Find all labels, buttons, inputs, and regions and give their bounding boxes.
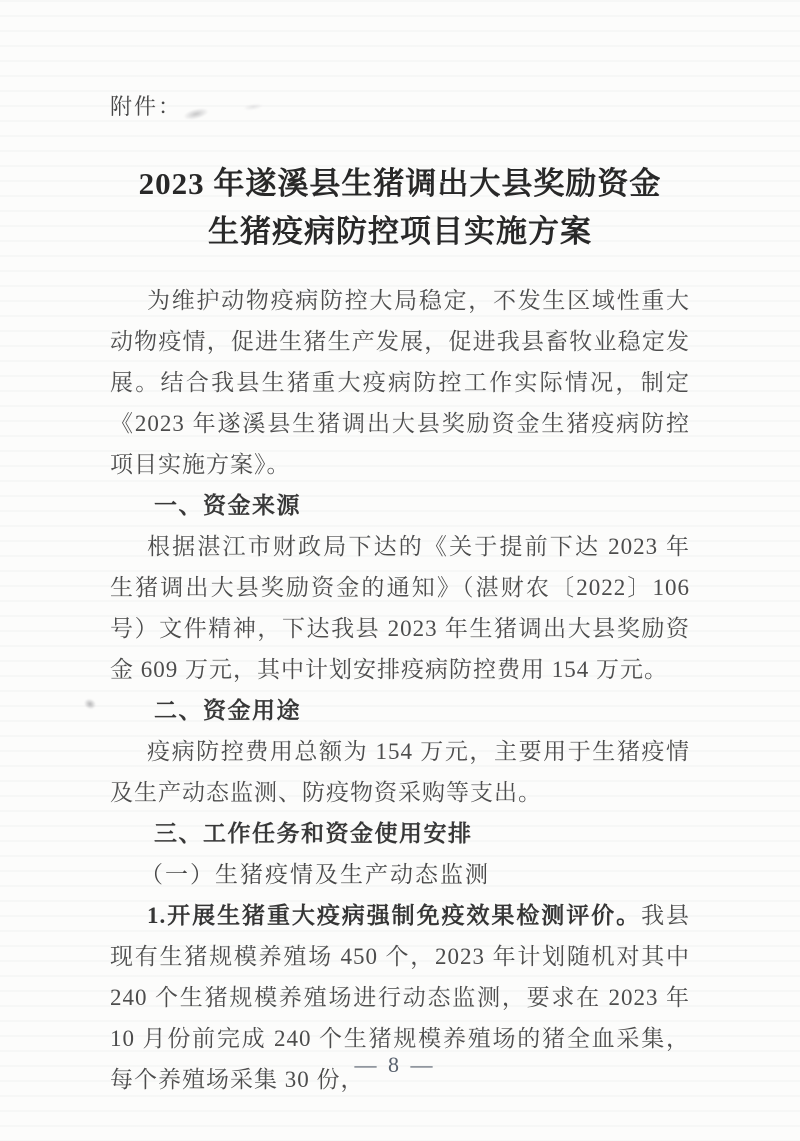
section-2-heading: 二、资金用途 bbox=[110, 690, 690, 731]
task-1-lead: 1.开展生猪重大疫病强制免疫效果检测评价。 bbox=[147, 903, 641, 928]
section-1-heading: 一、资金来源 bbox=[110, 485, 690, 526]
title-line-1: 2023 年遂溪县生猪调出大县奖励资金 bbox=[110, 160, 690, 208]
attachment-label: 附件： bbox=[110, 94, 690, 120]
section-1-paragraph: 根据湛江市财政局下达的《关于提前下达 2023 年生猪调出大县奖励资金的通知》（… bbox=[110, 526, 690, 690]
section-3-subheading: （一）生猪疫情及生产动态监测 bbox=[110, 854, 690, 895]
page-number: — 8 — bbox=[0, 1052, 790, 1078]
document-title: 2023 年遂溪县生猪调出大县奖励资金 生猪疫病防控项目实施方案 bbox=[110, 160, 690, 256]
document-page: 附件： 2023 年遂溪县生猪调出大县奖励资金 生猪疫病防控项目实施方案 为维护… bbox=[0, 0, 800, 1141]
scan-artifact-mark bbox=[82, 697, 97, 711]
title-line-2: 生猪疫病防控项目实施方案 bbox=[110, 208, 690, 256]
section-3-heading: 三、工作任务和资金使用安排 bbox=[110, 813, 690, 854]
document-body: 为维护动物疫病防控大局稳定，不发生区域性重大动物疫情，促进生猪生产发展，促进我县… bbox=[110, 280, 690, 1100]
section-2-paragraph: 疫病防控费用总额为 154 万元，主要用于生猪疫情及生产动态监测、防疫物资采购等… bbox=[110, 731, 690, 813]
intro-paragraph: 为维护动物疫病防控大局稳定，不发生区域性重大动物疫情，促进生猪生产发展，促进我县… bbox=[110, 280, 690, 485]
document-content: 附件： 2023 年遂溪县生猪调出大县奖励资金 生猪疫病防控项目实施方案 为维护… bbox=[110, 0, 690, 1100]
